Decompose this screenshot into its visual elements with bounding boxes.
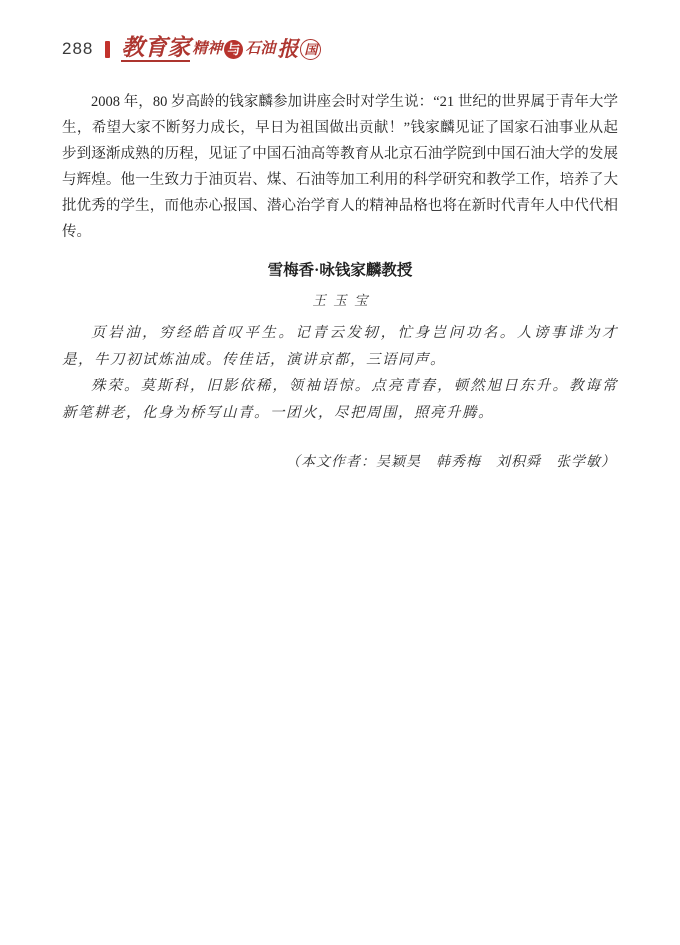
logo-text-spirit: 精神 (192, 42, 222, 57)
running-header: 288 教育家 精神 与 石油 报 国 (62, 34, 618, 64)
intro-paragraph: 2008 年，80 岁高龄的钱家麟参加讲座会时对学生说：“21 世纪的世界属于青… (62, 89, 618, 245)
poem-author: 王玉宝 (62, 291, 618, 311)
article-byline: （本文作者：吴颖昊 韩秀梅 刘积舜 张学敏） (62, 452, 618, 474)
logo-circled-char-icon: 国 (300, 39, 321, 60)
series-logo: 教育家 精神 与 石油 报 国 (121, 36, 321, 62)
poem-stanza-1: 页岩油，穷经皓首叹平生。记青云发轫，忙身岂问功名。人谤事诽为才是，牛刀初试炼油成… (62, 320, 618, 373)
logo-text-educator: 教育家 (121, 36, 190, 62)
logo-text-serve: 报 (277, 39, 298, 60)
poem-title: 雪梅香·咏钱家麟教授 (62, 260, 618, 282)
header-divider-bar (105, 41, 110, 58)
poem-stanza-2: 殊荣。莫斯科，旧影依稀，领袖语惊。点亮青春，顿然旭日东升。教诲常新笔耕老，化身为… (62, 373, 618, 426)
book-page: 288 教育家 精神 与 石油 报 国 2008 年，80 岁高龄的钱家麟参加讲… (0, 0, 680, 474)
logo-text-petroleum: 石油 (245, 42, 275, 57)
logo-circle-badge-icon: 与 (224, 40, 243, 59)
page-number: 288 (62, 39, 93, 59)
